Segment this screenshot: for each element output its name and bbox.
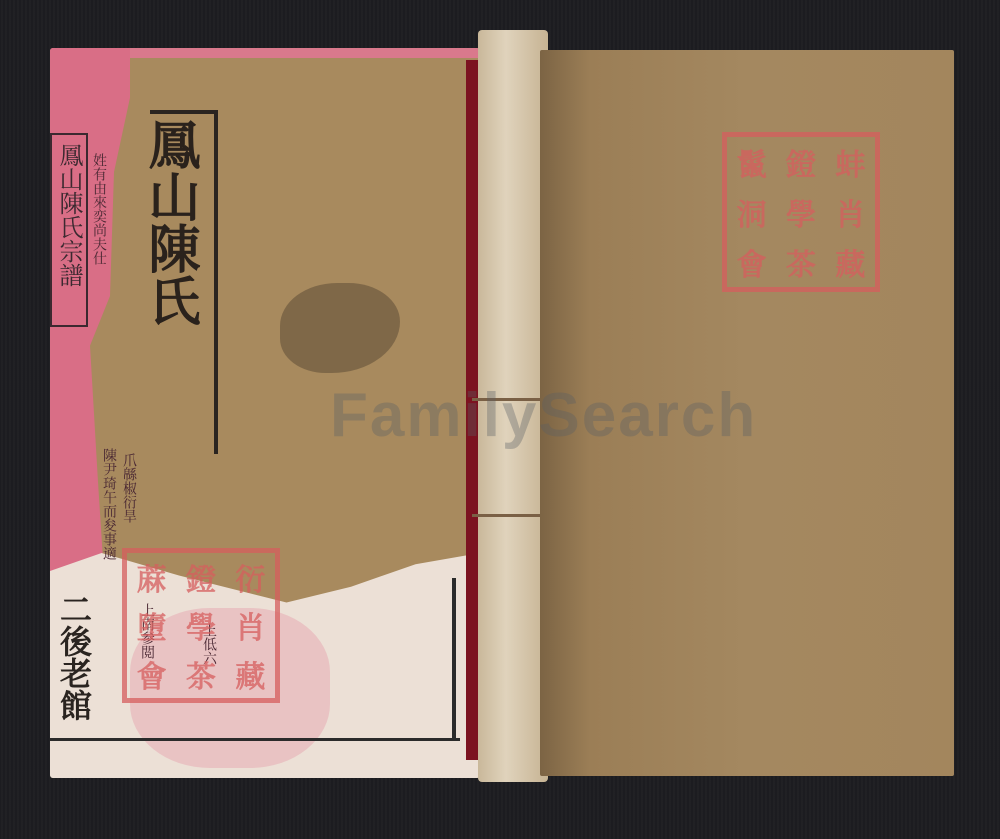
seal-char: 會 <box>727 237 776 287</box>
binding-thread <box>472 514 548 517</box>
seal-char: 會 <box>127 650 176 698</box>
seal-char: 蚌 <box>826 137 875 187</box>
seal-char: 鐙 <box>776 137 825 187</box>
seal-char: 墮 <box>127 601 176 649</box>
seal-char: 鬣 <box>727 137 776 187</box>
preface-text-col-1: 姓有由來奕尚夫仕 <box>90 153 108 265</box>
seal-char: 藏 <box>826 237 875 287</box>
cover-title: 鳳山陳氏 <box>142 118 212 326</box>
seal-char: 茶 <box>776 237 825 287</box>
preface-text-col-3: 陳尹琦午而夋事適 <box>100 448 118 560</box>
preface-text-col-2: 爪緜椒衍旱 <box>120 453 138 523</box>
seal-char: 鐙 <box>176 553 225 601</box>
seal-char: 學 <box>776 187 825 237</box>
red-seal-stamp-left: 蔴 鐙 衍 墮 學 肖 會 茶 藏 <box>122 548 280 703</box>
red-seal-stamp-right: 鬣 鐙 蚌 洞 學 肖 會 茶 藏 <box>722 132 880 292</box>
watermark: FamilySearch <box>330 380 757 451</box>
seal-char: 藏 <box>226 650 275 698</box>
seal-char: 肖 <box>826 187 875 237</box>
volume-label: 二後老館 <box>54 593 94 721</box>
seal-char: 蔴 <box>127 553 176 601</box>
seal-char: 肖 <box>226 601 275 649</box>
seal-char: 茶 <box>176 650 225 698</box>
side-title: 鳳山陳氏宗譜 <box>54 143 84 287</box>
seal-char: 衍 <box>226 553 275 601</box>
seal-char: 學 <box>176 601 225 649</box>
page-frame-line-right <box>452 578 456 740</box>
seal-char: 洞 <box>727 187 776 237</box>
water-stain <box>280 283 400 373</box>
page-frame-line <box>50 738 460 741</box>
